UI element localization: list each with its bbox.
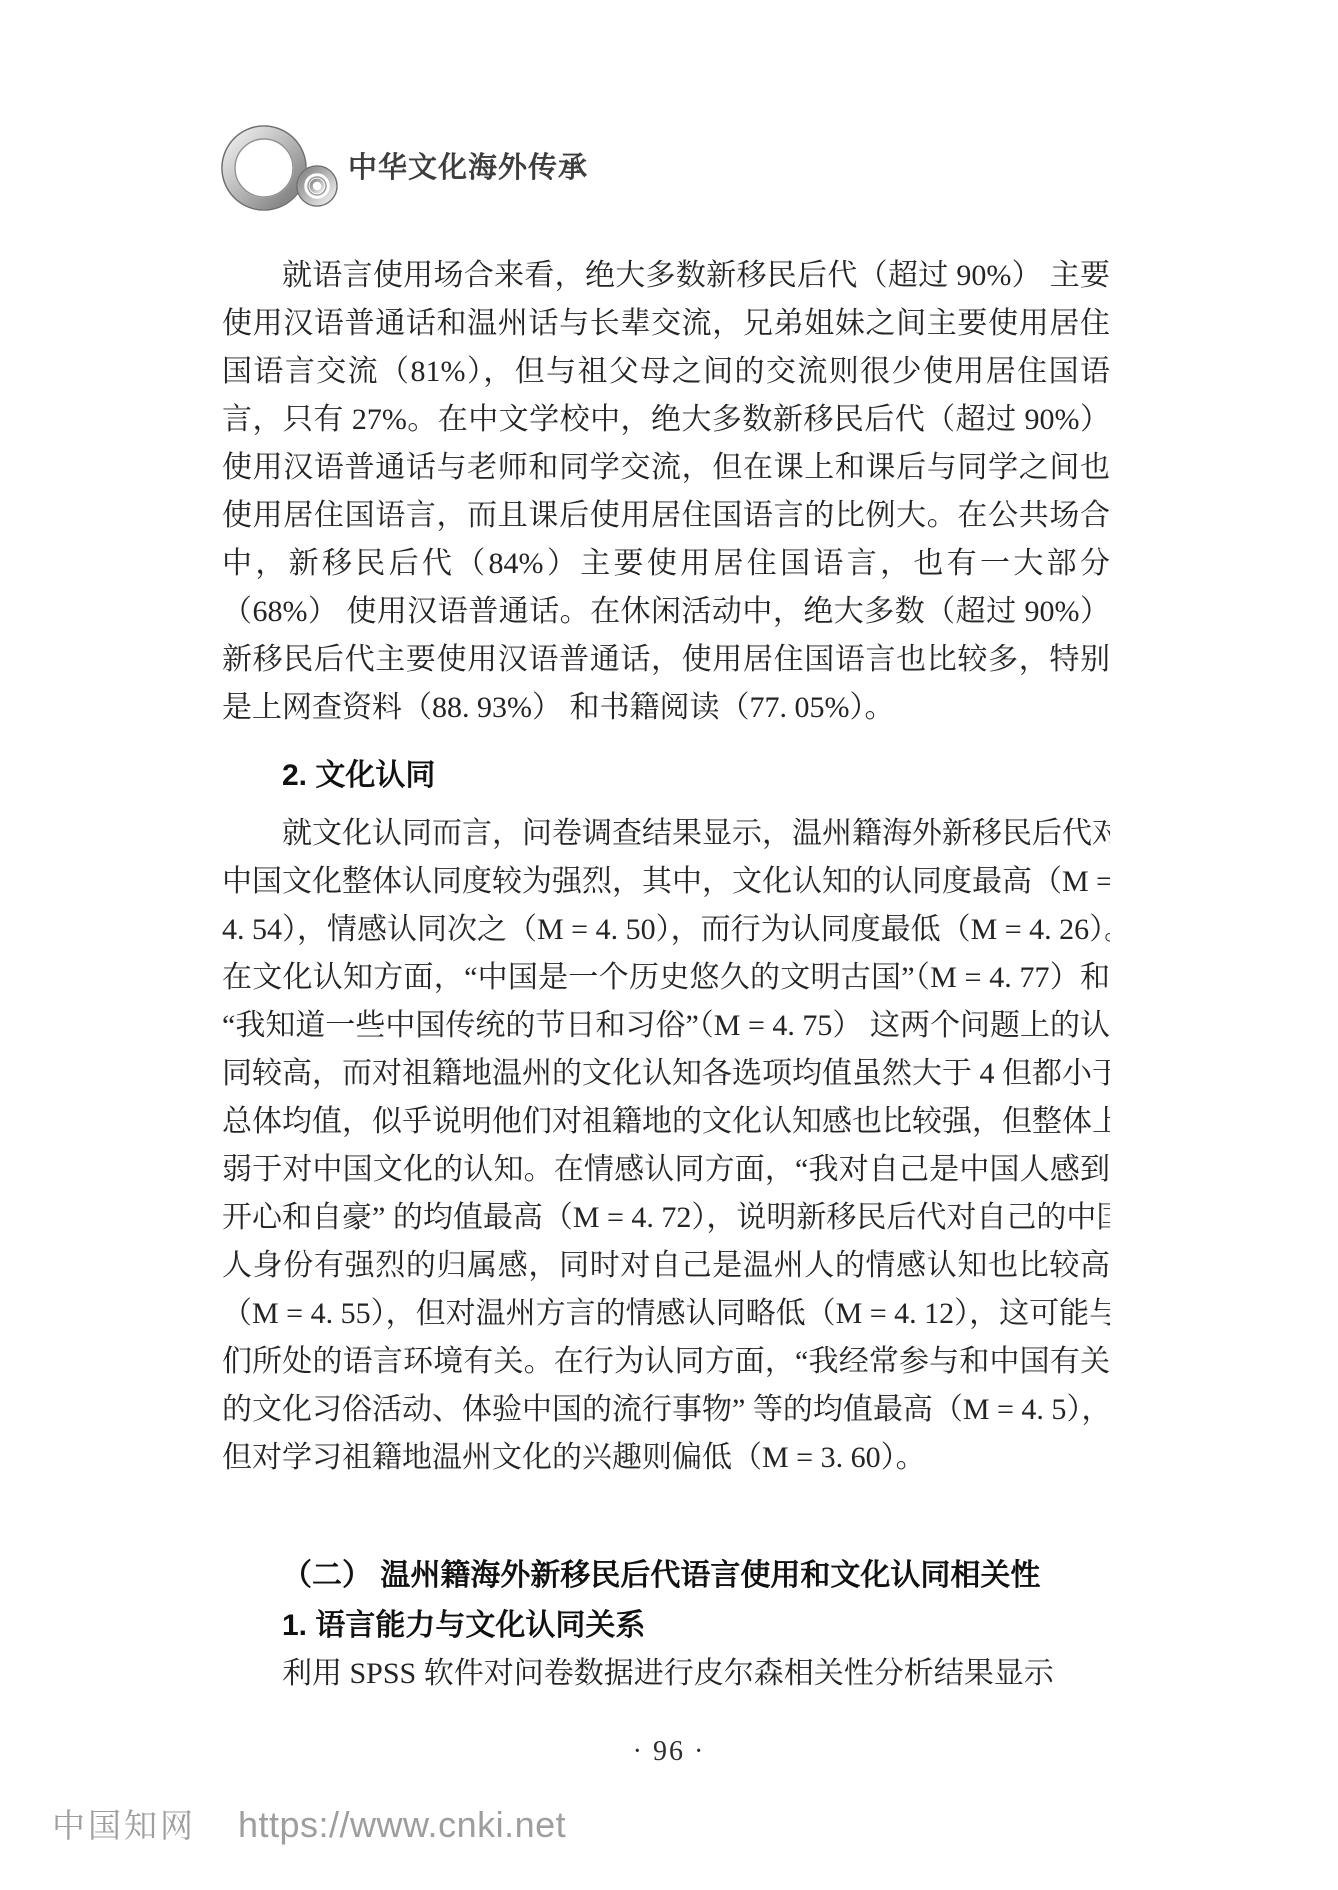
paragraph-language-use: 就语言使用场合来看，绝大多数新移民后代（超过 90%） 主要使用汉语普通话和温州… bbox=[222, 252, 1110, 732]
text-line: 中国文化整体认同度较为强烈，其中，文化认知的认同度最高（M = bbox=[222, 858, 1110, 906]
text-line: 4. 54），情感认同次之（M = 4. 50），而行为认同度最低（M = 4.… bbox=[222, 906, 1110, 954]
text-line: 们所处的语言环境有关。在行为认同方面，“我经常参与和中国有关 bbox=[222, 1338, 1110, 1386]
text-line: 就语言使用场合来看，绝大多数新移民后代（超过 90%） 主要 bbox=[222, 252, 1110, 300]
text-line: “我知道一些中国传统的节日和习俗”（M = 4. 75） 这两个问题上的认 bbox=[222, 1002, 1110, 1050]
cnki-site-name: 中国知网 bbox=[52, 1800, 196, 1847]
cnki-watermark: 中国知网 https://www.cnki.net bbox=[52, 1800, 566, 1847]
text-line: 使用汉语普通话与老师和同学交流，但在课上和课后与同学之间也 bbox=[222, 444, 1110, 492]
text-line: 利用 SPSS 软件对问卷数据进行皮尔森相关性分析结果显示 bbox=[222, 1650, 1110, 1698]
text-line: 是上网查资料（88. 93%） 和书籍阅读（77. 05%）。 bbox=[222, 684, 1110, 732]
text-line: 同较高，而对祖籍地温州的文化认知各选项均值虽然大于 4 但都小于 bbox=[222, 1050, 1110, 1098]
heading-cultural-identity: 2. 文化认同 bbox=[222, 752, 1110, 800]
text-line: 总体均值，似乎说明他们对祖籍地的文化认知感也比较强，但整体上 bbox=[222, 1098, 1110, 1146]
running-head-title: 中华文化海外传承 bbox=[348, 150, 588, 186]
text-line: （68%） 使用汉语普通话。在休闲活动中，绝大多数（超过 90%） bbox=[222, 588, 1110, 636]
section-heading-correlation: （二） 温州籍海外新移民后代语言使用和文化认同相关性 bbox=[222, 1552, 1110, 1600]
text-line: 但对学习祖籍地温州文化的兴趣则偏低（M = 3. 60）。 bbox=[222, 1434, 1110, 1482]
text-line: 开心和自豪” 的均值最高（M = 4. 72），说明新移民后代对自己的中国 bbox=[222, 1194, 1110, 1242]
text-line: 就文化认同而言，问卷调查结果显示，温州籍海外新移民后代对 bbox=[222, 810, 1110, 858]
paragraph-spss: 利用 SPSS 软件对问卷数据进行皮尔森相关性分析结果显示 bbox=[222, 1650, 1110, 1698]
text-line: 的文化习俗活动、体验中国的流行事物” 等的均值最高（M = 4. 5）， bbox=[222, 1386, 1110, 1434]
text-line: 在文化认知方面，“中国是一个历史悠久的文明古国”（M = 4. 77）和 bbox=[222, 954, 1110, 1002]
cnki-site-url: https://www.cnki.net bbox=[238, 1804, 566, 1846]
page-number: · 96 · bbox=[0, 1734, 1338, 1770]
text-line: 人身份有强烈的归属感，同时对自己是温州人的情感认知也比较高 bbox=[222, 1242, 1110, 1290]
book-page: 中华文化海外传承 就语言使用场合来看，绝大多数新移民后代（超过 90%） 主要使… bbox=[0, 0, 1338, 1890]
text-line: 使用汉语普通话和温州话与长辈交流，兄弟姐妹之间主要使用居住 bbox=[222, 300, 1110, 348]
text-line: 新移民后代主要使用汉语普通话，使用居住国语言也比较多，特别 bbox=[222, 636, 1110, 684]
text-line: （M = 4. 55），但对温州方言的情感认同略低（M = 4. 12），这可能… bbox=[222, 1290, 1110, 1338]
page-body: 就语言使用场合来看，绝大多数新移民后代（超过 90%） 主要使用汉语普通话和温州… bbox=[222, 252, 1110, 1698]
subsection-heading-language-ability: 1. 语言能力与文化认同关系 bbox=[222, 1602, 1110, 1650]
text-line: 使用居住国语言，而且课后使用居住国语言的比例大。在公共场合 bbox=[222, 492, 1110, 540]
text-line: 中，新移民后代（84%）主要使用居住国语言，也有一大部分 bbox=[222, 540, 1110, 588]
text-line: 国语言交流（81%），但与祖父母之间的交流则很少使用居住国语 bbox=[222, 348, 1110, 396]
cnki-rings-logo bbox=[208, 112, 348, 217]
cnki-rings-logo-icon bbox=[208, 112, 348, 217]
paragraph-cultural-identity: 就文化认同而言，问卷调查结果显示，温州籍海外新移民后代对中国文化整体认同度较为强… bbox=[222, 810, 1110, 1482]
text-line: 弱于对中国文化的认知。在情感认同方面，“我对自己是中国人感到 bbox=[222, 1146, 1110, 1194]
text-line: 言，只有 27%。在中文学校中，绝大多数新移民后代（超过 90%） bbox=[222, 396, 1110, 444]
